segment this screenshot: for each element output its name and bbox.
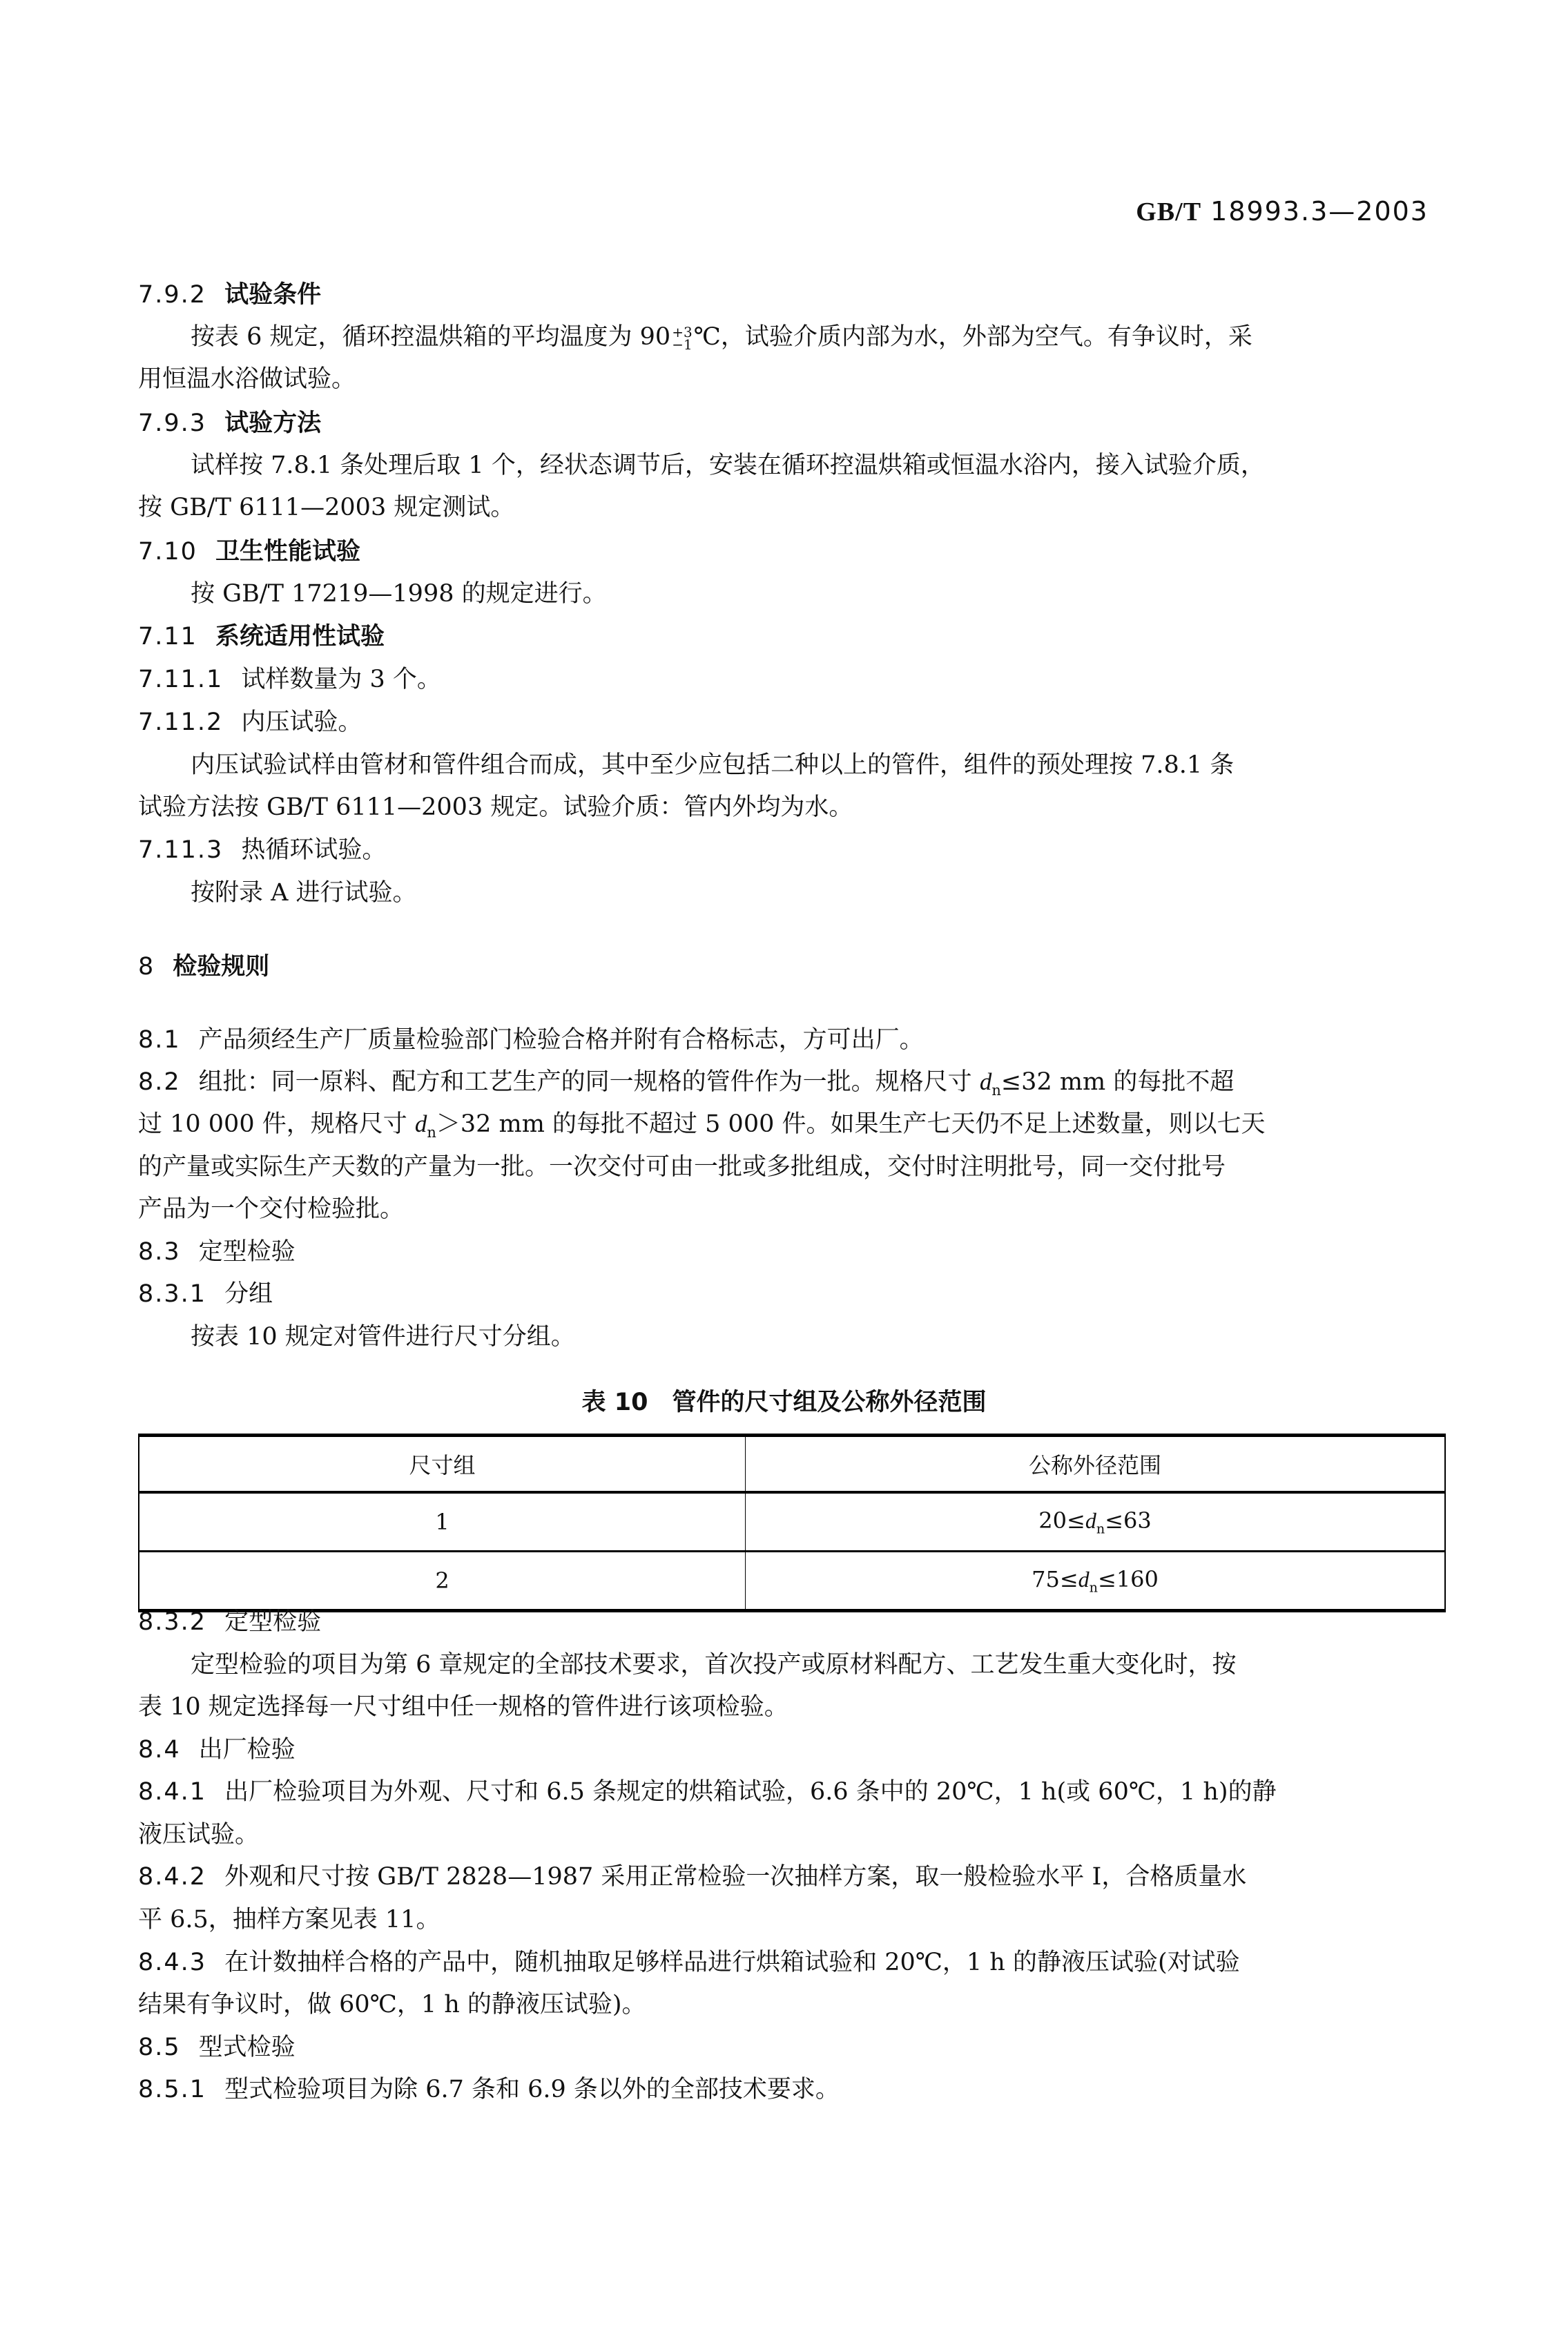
section-number: 7.11.3 — [138, 836, 223, 864]
section-8-4-1-line2: 液压试验。 — [138, 1820, 1443, 1850]
section-title: 卫生性能试验 — [215, 538, 360, 566]
variable-d: d — [415, 1110, 427, 1137]
para-text: 按表 6 规定，循环控温烘箱的平均温度为 90 — [191, 323, 670, 351]
variable-subscript: n — [1096, 1521, 1105, 1536]
section-title: 出厂检验 — [199, 1736, 296, 1764]
section-text: 产品须经生产厂质量检验部门检验合格并附有合格标志，方可出厂。 — [199, 1026, 924, 1054]
section-number: 8.4.3 — [138, 1949, 206, 1976]
section-7-10-heading: 7.10卫生性能试验 — [138, 537, 1443, 567]
section-text: 出厂检验项目为外观、尺寸和 6.5 条规定的烘箱试验，6.6 条中的 20℃，1… — [224, 1778, 1277, 1806]
section-7-11-3-para: 按附录 A 进行试验。 — [191, 878, 1496, 908]
section-number: 8.4 — [138, 1736, 181, 1764]
range-high: ≤160 — [1098, 1566, 1159, 1592]
section-8-4-3-line1: 8.4.3在计数抽样合格的产品中，随机抽取足够样品进行烘箱试验和 20℃，1 h… — [138, 1947, 1443, 1978]
section-8-2-line2: 过 10 000 件，规格尺寸 dn＞32 mm 的每批不超过 5 000 件。… — [138, 1109, 1443, 1148]
section-title: 定型检验 — [224, 1608, 321, 1636]
variable-subscript: n — [991, 1082, 1001, 1099]
variable-d: d — [1085, 1508, 1096, 1533]
chapter-title: 检验规则 — [173, 953, 269, 981]
section-7-9-2-para: 按表 6 规定，循环控温烘箱的平均温度为 90+3−1℃，试验介质内部为水，外部… — [191, 322, 1496, 352]
variable-subscript: n — [1090, 1579, 1098, 1595]
section-7-9-3-para-cont: 按 GB/T 6111—2003 规定测试。 — [138, 492, 1443, 523]
table-cell-range: 75≤dn≤160 — [746, 1552, 1446, 1611]
table-header-row: 尺寸组 公称外径范围 — [139, 1436, 1445, 1493]
section-8-2-line3: 的产量或实际生产天数的产量为一批。一次交付可由一批或多批组成，交付时注明批号，同… — [138, 1152, 1443, 1182]
section-8-5-1: 8.5.1型式检验项目为除 6.7 条和 6.9 条以外的全部技术要求。 — [138, 2074, 1443, 2105]
variable-subscript: n — [427, 1124, 436, 1141]
section-number: 8.4.2 — [138, 1863, 206, 1891]
section-7-11-heading: 7.11系统适用性试验 — [138, 621, 1443, 652]
range-low: 20≤ — [1038, 1507, 1085, 1534]
section-number: 7.11.2 — [138, 708, 223, 736]
section-number: 8.2 — [138, 1068, 181, 1096]
section-text: 外观和尺寸按 GB/T 2828—1987 采用正常检验一次抽样方案，取一般检验… — [224, 1863, 1246, 1891]
standard-code: GB/T — [1136, 197, 1201, 226]
section-8-5: 8.5型式检验 — [138, 2032, 1443, 2063]
section-number: 8.3.2 — [138, 1608, 206, 1636]
section-7-10-para: 按 GB/T 17219—1998 的规定进行。 — [191, 579, 1496, 609]
section-text: 过 10 000 件，规格尺寸 — [138, 1110, 415, 1138]
tol-minus: −1 — [672, 336, 692, 353]
range-high: ≤63 — [1105, 1507, 1152, 1534]
table-header-nominal-diameter: 公称外径范围 — [746, 1436, 1446, 1493]
section-8-2-line1: 8.2组批：同一原料、配方和工艺生产的同一规格的管件作为一批。规格尺寸 dn≤3… — [138, 1067, 1443, 1106]
section-7-9-2-heading: 7.9.2试验条件 — [138, 280, 1443, 310]
section-7-11-1: 7.11.1试样数量为 3 个。 — [138, 664, 1443, 695]
section-number: 7.11 — [138, 623, 197, 650]
section-8-2-line4: 产品为一个交付检验批。 — [138, 1194, 1443, 1224]
section-number: 8.5 — [138, 2034, 181, 2061]
table-caption: 表 10 管件的尺寸组及公称外径范围 — [0, 1383, 1568, 1418]
para-text: ℃，试验介质内部为水，外部为空气。有争议时，采 — [694, 323, 1252, 351]
section-text: ≤32 mm 的每批不超 — [1001, 1068, 1235, 1096]
section-text: 型式检验项目为除 6.7 条和 6.9 条以外的全部技术要求。 — [224, 2076, 840, 2103]
section-8-1: 8.1产品须经生产厂质量检验部门检验合格并附有合格标志，方可出厂。 — [138, 1025, 1443, 1055]
table-header-size-group: 尺寸组 — [139, 1436, 746, 1493]
section-7-9-3-heading: 7.9.3试验方法 — [138, 408, 1443, 438]
section-number: 7.9.2 — [138, 281, 206, 309]
variable-d: d — [980, 1068, 992, 1095]
section-title: 定型检验 — [199, 1238, 296, 1266]
section-8-3-2: 8.3.2定型检验 — [138, 1607, 1443, 1637]
section-text: ＞32 mm 的每批不超过 5 000 件。如果生产七天仍不足上述数量，则以七天 — [436, 1110, 1266, 1138]
section-title: 系统适用性试验 — [215, 623, 385, 650]
section-8-4: 8.4出厂检验 — [138, 1735, 1443, 1765]
section-title: 试验条件 — [224, 281, 321, 309]
section-number: 7.9.3 — [138, 409, 206, 437]
chapter-8-heading: 8检验规则 — [138, 952, 1443, 982]
section-8-4-2-line1: 8.4.2外观和尺寸按 GB/T 2828—1987 采用正常检验一次抽样方案，… — [138, 1862, 1443, 1892]
table-cell-range: 20≤dn≤63 — [746, 1492, 1446, 1552]
section-7-11-3: 7.11.3热循环试验。 — [138, 835, 1443, 865]
section-8-3: 8.3定型检验 — [138, 1237, 1443, 1267]
section-8-4-1-line1: 8.4.1出厂检验项目为外观、尺寸和 6.5 条规定的烘箱试验，6.6 条中的 … — [138, 1777, 1443, 1807]
range-low: 75≤ — [1032, 1566, 1078, 1592]
section-text: 内压试验。 — [241, 708, 362, 736]
section-8-4-3-line2: 结果有争议时，做 60℃，1 h 的静液压试验)。 — [138, 1989, 1443, 2020]
section-8-3-2-para-cont: 表 10 规定选择每一尺寸组中任一规格的管件进行该项检验。 — [138, 1692, 1443, 1722]
section-7-11-2: 7.11.2内压试验。 — [138, 707, 1443, 737]
section-text: 热循环试验。 — [241, 836, 386, 864]
page-header: GB/T 18993.3—2003 — [1136, 196, 1446, 227]
standard-number: 18993.3—2003 — [1210, 196, 1429, 226]
tolerance: +3−1 — [672, 326, 692, 351]
table-row: 1 20≤dn≤63 — [139, 1492, 1445, 1552]
section-number: 7.11.1 — [138, 666, 223, 693]
section-number: 8.3 — [138, 1238, 181, 1266]
section-title: 试验方法 — [224, 409, 321, 437]
section-title: 分组 — [224, 1280, 273, 1308]
section-7-9-3-para: 试样按 7.8.1 条处理后取 1 个，经状态调节后，安装在循环控温烘箱或恒温水… — [191, 450, 1496, 481]
variable-d: d — [1078, 1567, 1090, 1592]
section-8-3-1-para: 按表 10 规定对管件进行尺寸分组。 — [191, 1322, 1496, 1352]
section-title: 型式检验 — [199, 2034, 296, 2061]
section-number: 8.1 — [138, 1026, 181, 1054]
section-8-4-2-line2: 平 6.5，抽样方案见表 11。 — [138, 1904, 1443, 1935]
table-cell-group: 1 — [139, 1492, 746, 1552]
table-cell-group: 2 — [139, 1552, 746, 1611]
section-8-3-2-para: 定型检验的项目为第 6 章规定的全部技术要求，首次投产或原材料配方、工艺发生重大… — [191, 1650, 1496, 1680]
table-row: 2 75≤dn≤160 — [139, 1552, 1445, 1611]
section-7-11-2-para-cont: 试验方法按 GB/T 6111—2003 规定。试验介质：管内外均为水。 — [138, 792, 1443, 822]
section-text: 试样数量为 3 个。 — [241, 666, 441, 693]
section-7-9-2-para-cont: 用恒温水浴做试验。 — [138, 364, 1443, 394]
chapter-number: 8 — [138, 953, 155, 981]
size-group-table: 尺寸组 公称外径范围 1 20≤dn≤63 2 75≤dn≤160 — [138, 1434, 1446, 1612]
section-number: 8.3.1 — [138, 1280, 206, 1308]
section-text: 在计数抽样合格的产品中，随机抽取足够样品进行烘箱试验和 20℃，1 h 的静液压… — [224, 1949, 1240, 1976]
section-7-11-2-para: 内压试验试样由管材和管件组合而成，其中至少应包括二种以上的管件，组件的预处理按 … — [191, 750, 1496, 780]
section-number: 7.10 — [138, 538, 197, 566]
section-text: 组批：同一原料、配方和工艺生产的同一规格的管件作为一批。规格尺寸 — [199, 1068, 980, 1096]
section-8-3-1: 8.3.1分组 — [138, 1279, 1443, 1309]
section-number: 8.4.1 — [138, 1778, 206, 1806]
section-number: 8.5.1 — [138, 2076, 206, 2103]
